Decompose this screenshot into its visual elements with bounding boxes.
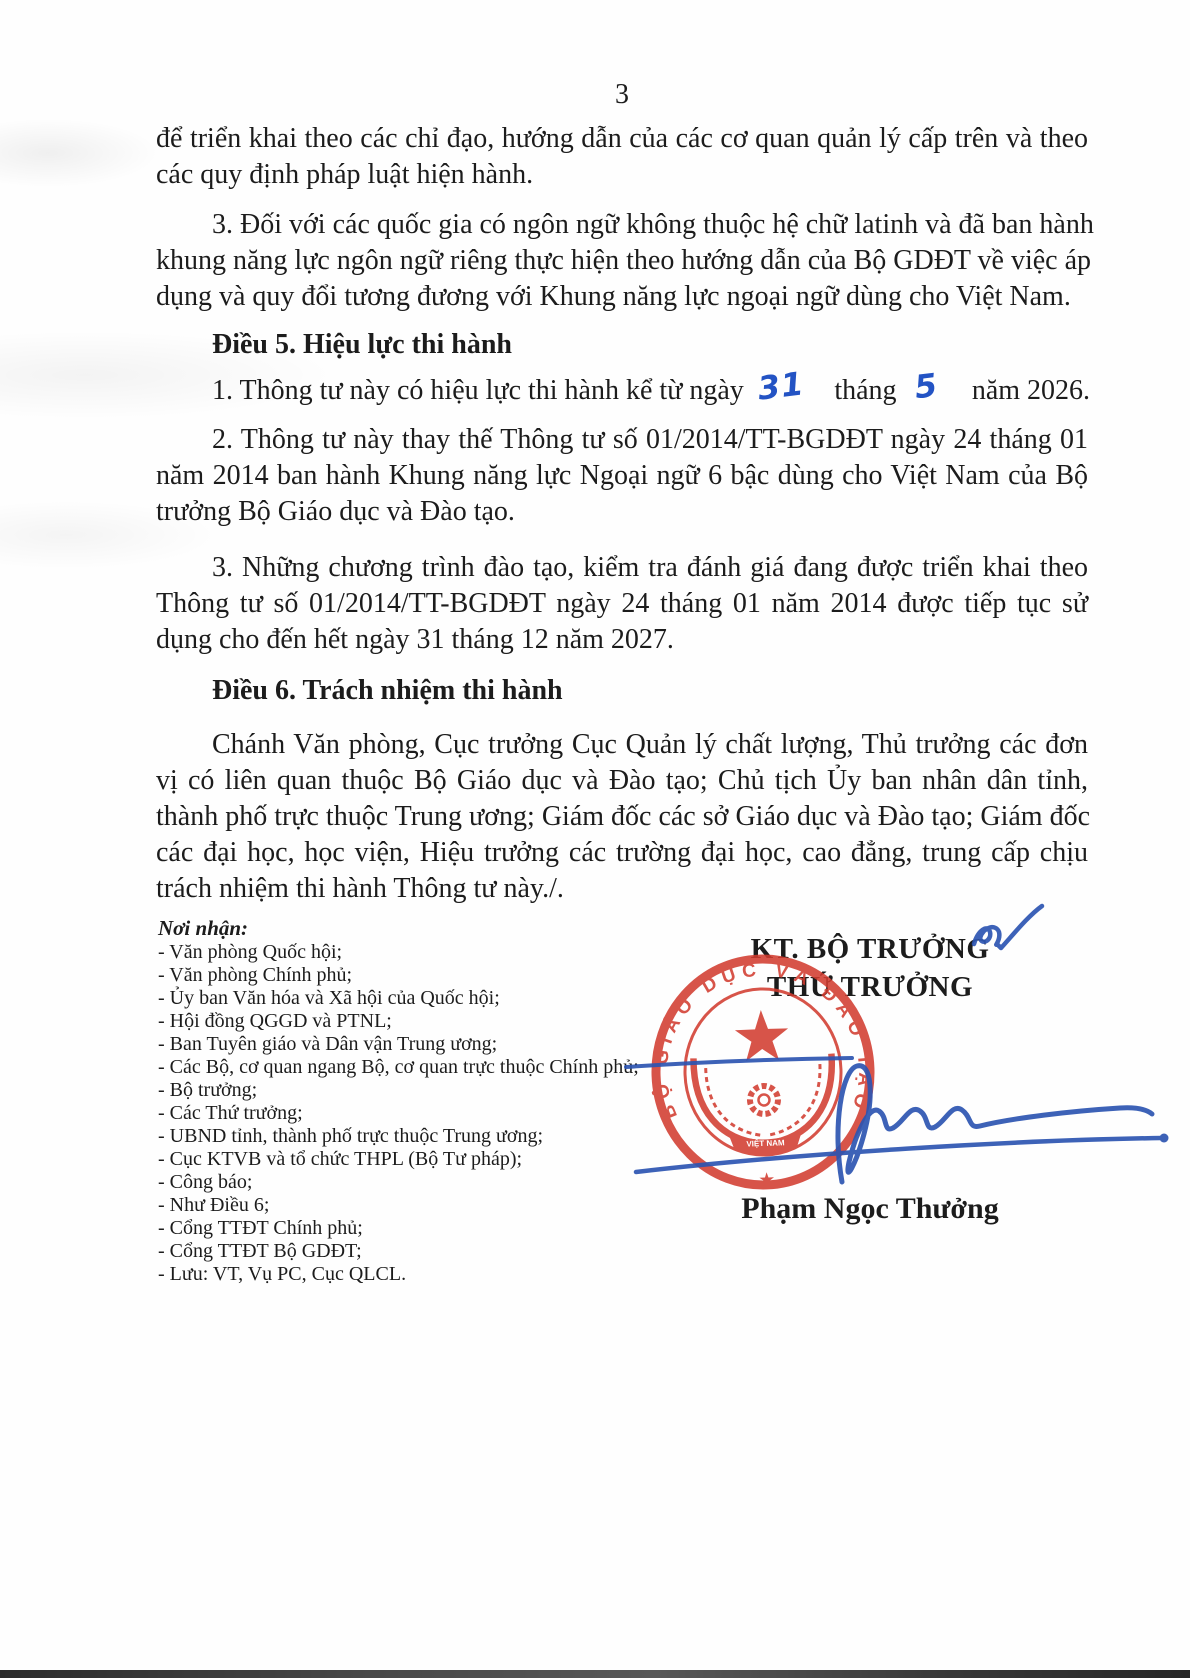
scan-smudge bbox=[0, 118, 160, 188]
signature-flourish bbox=[974, 906, 1042, 948]
article-5-item-2: 2. Thông tư này thay thế Thông tư số 01/… bbox=[156, 422, 1088, 530]
signature-ink bbox=[580, 900, 1190, 1200]
paragraph-3-latinh: 3. Đối với các quốc gia có ngôn ngữ khôn… bbox=[156, 207, 1088, 315]
signature-main bbox=[838, 1066, 1152, 1182]
date-line-prefix: 1. Thông tư này có hiệu lực thi hành kể … bbox=[212, 375, 744, 406]
text-line: các đại học, học viện, Hiệu trưởng các t… bbox=[156, 835, 1088, 871]
signature-strokes bbox=[626, 906, 1169, 1182]
signature-underline-dot bbox=[1160, 1134, 1169, 1143]
handwritten-day: 31 bbox=[756, 365, 807, 406]
text-line: 3. Những chương trình đào tạo, kiểm tra … bbox=[156, 550, 1088, 586]
recipient-item: - Lưu: VT, Vụ PC, Cục QLCL. bbox=[158, 1263, 678, 1286]
text-line: vị có liên quan thuộc Bộ Giáo dục và Đào… bbox=[156, 763, 1088, 799]
text-line: Chánh Văn phòng, Cục trưởng Cục Quản lý … bbox=[156, 727, 1088, 763]
handwritten-month: 5 bbox=[912, 367, 939, 406]
text-line: năm 2014 ban hành Khung năng lực Ngoại n… bbox=[156, 458, 1088, 494]
paragraph-continuation: để triển khai theo các chỉ đạo, hướng dẫ… bbox=[156, 121, 1088, 193]
text-line: Thông tư số 01/2014/TT-BGDĐT ngày 24 thá… bbox=[156, 586, 1088, 622]
text-line: 3. Đối với các quốc gia có ngôn ngữ khôn… bbox=[156, 207, 1088, 243]
document-body: 3 để triển khai theo các chỉ đạo, hướng … bbox=[156, 77, 1088, 907]
text-line: trưởng Bộ Giáo dục và Đào tạo. bbox=[156, 494, 1088, 530]
text-line: 2. Thông tư này thay thế Thông tư số 01/… bbox=[156, 422, 1088, 458]
page-number: 3 bbox=[156, 77, 1088, 113]
document-page: 3 để triển khai theo các chỉ đạo, hướng … bbox=[0, 0, 1190, 1678]
text-line: thành phố trực thuộc Trung ương; Giám đố… bbox=[156, 799, 1088, 835]
article-5-heading: Điều 5. Hiệu lực thi hành bbox=[156, 327, 1088, 363]
text-line: dụng và quy đổi tương đương với Khung nă… bbox=[156, 279, 1088, 315]
recipient-item: - Cổng TTĐT Bộ GDĐT; bbox=[158, 1240, 678, 1263]
article-6-paragraph: Chánh Văn phòng, Cục trưởng Cục Quản lý … bbox=[156, 727, 1088, 907]
text-line: dụng cho đến hết ngày 31 tháng 12 năm 20… bbox=[156, 622, 1088, 658]
signature-underline bbox=[636, 1138, 1162, 1172]
article-6-heading: Điều 6. Trách nhiệm thi hành bbox=[156, 673, 1088, 709]
signature-top-bar bbox=[626, 1058, 852, 1067]
text-line: khung năng lực ngôn ngữ riêng thực hiện … bbox=[156, 243, 1088, 279]
date-line-suffix: năm 2026. bbox=[972, 375, 1090, 406]
text-line: để triển khai theo các chỉ đạo, hướng dẫ… bbox=[156, 121, 1088, 157]
scan-edge-artifact bbox=[0, 1670, 1190, 1678]
date-month-label: tháng bbox=[834, 375, 896, 406]
effective-date-line: 1. Thông tư này có hiệu lực thi hành kể … bbox=[156, 370, 1088, 409]
recipient-item: - Cổng TTĐT Chính phủ; bbox=[158, 1217, 678, 1240]
text-line: các quy định pháp luật hiện hành. bbox=[156, 157, 1088, 193]
article-5-item-3: 3. Những chương trình đào tạo, kiểm tra … bbox=[156, 550, 1088, 658]
